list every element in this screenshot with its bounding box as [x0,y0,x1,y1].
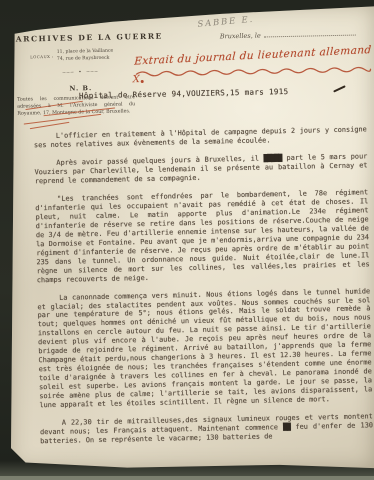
document-paper: ARCHIVES DE LA GUERRE LOCAUX : 11, place… [11,5,374,469]
pen-stroke-mark [333,85,346,92]
red-dot-icon [141,80,144,83]
letterhead: ARCHIVES DE LA GUERRE LOCAUX : 11, place… [16,32,146,118]
scan-bed-edge [0,476,374,480]
body-paragraph: La canonnade commença vers minuit. Nous … [37,287,372,411]
scan-background: ARCHIVES DE LA GUERRE LOCAUX : 11, place… [0,0,374,480]
paragraph-text: L'officier en traitement à l'Hôpital de … [34,125,367,149]
body-paragraph: "Les tranchées sont effondrées par le bo… [35,188,370,285]
document-body: L'officier en traitement à l'Hôpital de … [34,125,374,455]
address-lines: 11, place de la Vaillance 74, rue de Ruy… [57,49,114,64]
address-line-2: 74, rue de Ruysbroeck [57,56,110,62]
struck-word: █████ [264,154,282,162]
body-paragraph: Après avoir passé quelques jours à Bruxe… [34,152,367,186]
x-mark: X [133,74,144,85]
printed-city-date-line: Bruxelles, le [220,29,356,41]
letterhead-title: ARCHIVES DE LA GUERRE [16,32,144,44]
body-paragraph: L'officier en traitement à l'Hôpital de … [34,125,367,150]
pencil-annotation: SABBE E. [197,15,254,30]
address-line-1: 11, place de la Vaillance [57,49,114,55]
paragraph-text: "Les tranchées sont effondrées par le bo… [35,188,369,284]
paragraph-text: La canonnade commença vers minuit. Nous … [37,287,372,410]
document-content: ARCHIVES DE LA GUERRE LOCAUX : 11, place… [7,1,374,473]
letterhead-address: LOCAUX : 11, place de la Vaillance 74, r… [30,48,144,64]
printed-city-label: Bruxelles, le [220,32,261,41]
address-label: LOCAUX : [30,54,54,59]
letterhead-divider: ——— • ——— [16,68,144,77]
body-paragraph: A 22,30 tir de mitrailleuses,des signaux… [40,412,373,446]
date-fill-line [264,29,356,38]
handwriting-underline-icon [134,64,372,78]
